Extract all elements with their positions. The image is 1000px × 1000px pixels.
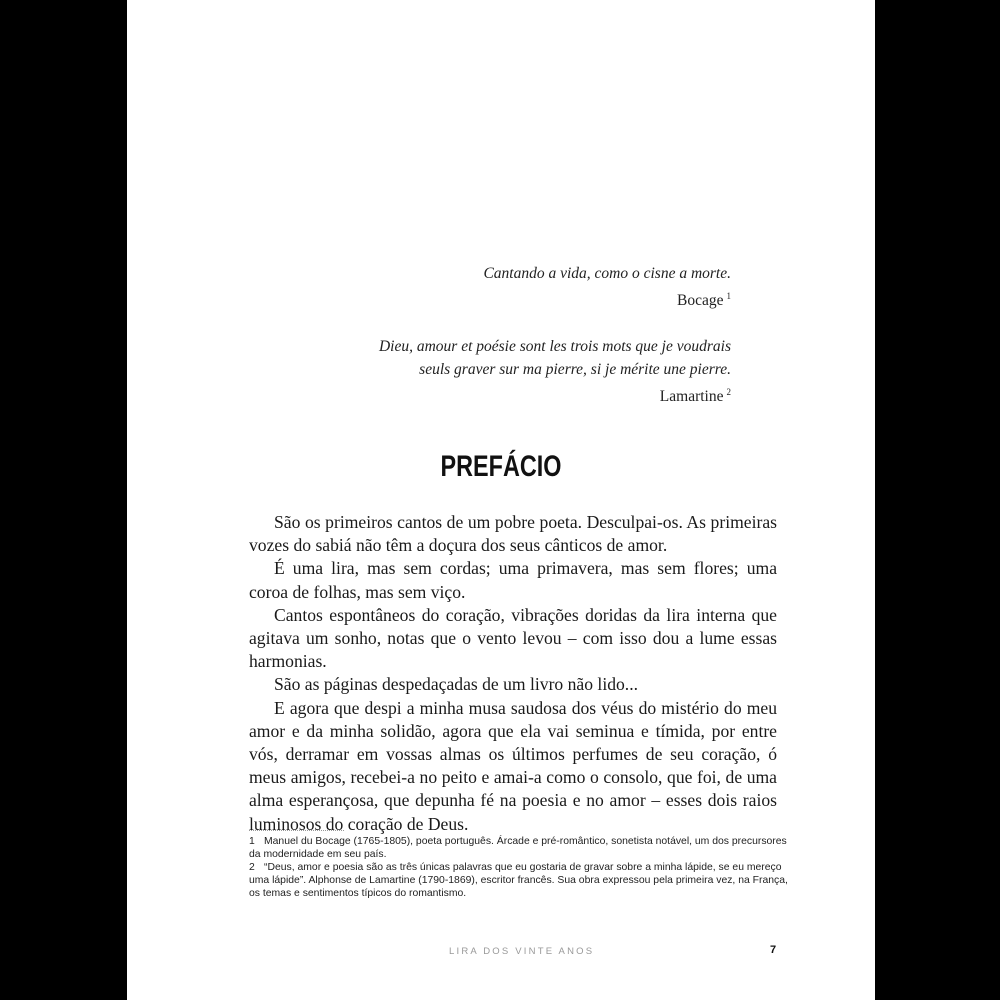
page-number: 7 (770, 944, 776, 956)
paragraph: Cantos espontâneos do coração, vibrações… (249, 604, 777, 674)
epigraph-2-author: Lamartine2 (379, 381, 731, 408)
epigraph-2-line-2: seuls graver sur ma pierre, si je mérite… (379, 358, 731, 381)
footnotes: 1Manuel du Bocage (1765-1805), poeta por… (249, 835, 789, 900)
footnote-1: 1Manuel du Bocage (1765-1805), poeta por… (249, 835, 789, 861)
footnote-2: 2“Deus, amor e poesia são as três únicas… (249, 861, 789, 900)
footnote-number: 1 (249, 835, 264, 848)
chapter-title: PREFÁCIO (209, 450, 792, 484)
book-page: Cantando a vida, como o cisne a morte. B… (127, 0, 875, 1000)
epigraph-2-line-1: Dieu, amour et poésie sont les trois mot… (379, 335, 731, 358)
paragraph: São os primeiros cantos de um pobre poet… (249, 511, 777, 557)
epigraph-1-line-1: Cantando a vida, como o cisne a morte. (379, 262, 731, 285)
paragraph: São as páginas despedaçadas de um livro … (249, 673, 777, 696)
footnote-divider (249, 830, 344, 831)
note-ref-2[interactable]: 2 (727, 387, 732, 397)
paragraph: E agora que despi a minha musa saudosa d… (249, 697, 777, 836)
note-ref-1[interactable]: 1 (727, 291, 732, 301)
running-title: LIRA DOS VINTE ANOS (449, 946, 594, 957)
epigraph-1-author: Bocage1 (379, 285, 731, 312)
footnote-number: 2 (249, 861, 264, 874)
paragraph: É uma lira, mas sem cordas; uma primaver… (249, 557, 777, 603)
body-text: São os primeiros cantos de um pobre poet… (249, 511, 777, 836)
footnote-text: “Deus, amor e poesia são as três únicas … (249, 862, 788, 899)
epigraphs: Cantando a vida, como o cisne a morte. B… (379, 262, 731, 408)
footnote-text: Manuel du Bocage (1765-1805), poeta port… (249, 836, 787, 860)
